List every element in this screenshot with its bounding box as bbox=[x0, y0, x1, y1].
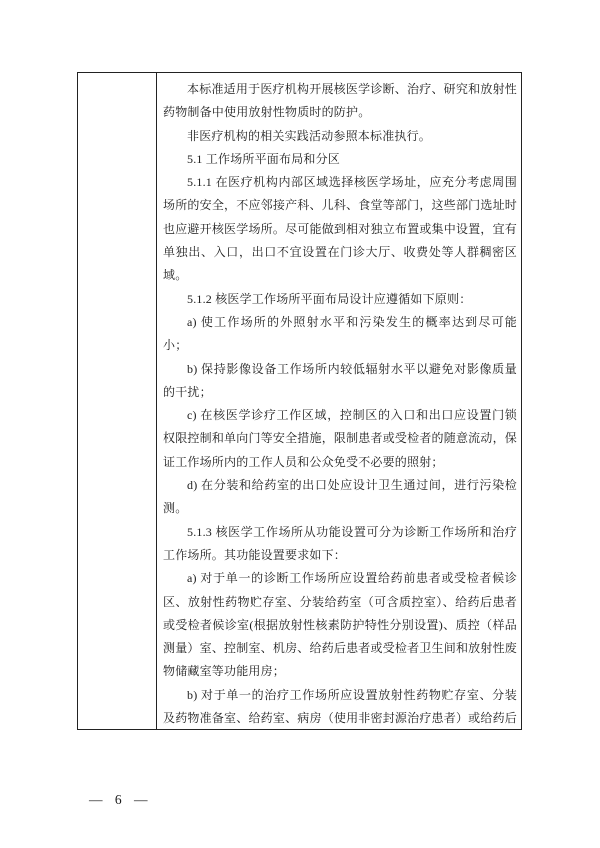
paragraph-scope-application: 本标准适用于医疗机构开展核医学诊断、治疗、研究和放射性药物制备中使用放射性物质时… bbox=[163, 78, 517, 125]
clause-5-1-2-item-b: b) 保持影像设备工作场所内较低辐射水平以避免对影像质量的干扰； bbox=[163, 358, 517, 405]
heading-clause-5-1: 5.1 工作场所平面布局和分区 bbox=[163, 148, 517, 171]
clause-5-1-1: 5.1.1 在医疗机构内部区域选择核医学场址，应充分考虑周围场所的安全，不应邻接… bbox=[163, 171, 517, 287]
table-left-cell bbox=[78, 73, 157, 729]
page-number: — 6 — bbox=[89, 792, 148, 808]
clause-5-1-3: 5.1.3 核医学工作场所从功能设置可分为诊断工作场所和治疗工作场所。其功能设置… bbox=[163, 521, 517, 568]
paragraph-non-medical-institutions: 非医疗机构的相关实践活动参照本标准执行。 bbox=[163, 125, 517, 148]
clause-5-1-2-item-a: a) 使工作场所的外照射水平和污染发生的概率达到尽可能小； bbox=[163, 311, 517, 358]
clause-5-1-2-item-d: d) 在分装和给药室的出口处应设计卫生通过间，进行污染检测。 bbox=[163, 474, 517, 521]
clause-5-1-2: 5.1.2 核医学工作场所平面布局设计应遵循如下原则： bbox=[163, 288, 517, 311]
document-table: 本标准适用于医疗机构开展核医学诊断、治疗、研究和放射性药物制备中使用放射性物质时… bbox=[77, 72, 522, 730]
clause-5-1-2-item-c: c) 在核医学诊疗工作区域，控制区的入口和出口应设置门锁权限控制和单向门等安全措… bbox=[163, 404, 517, 474]
document-page: 本标准适用于医疗机构开展核医学诊断、治疗、研究和放射性药物制备中使用放射性物质时… bbox=[0, 0, 600, 848]
clause-5-1-3-item-b: b) 对于单一的治疗工作场所应设置放射性药物贮存室、分装及药物准备室、给药室、病… bbox=[163, 684, 517, 729]
table-body-cell: 本标准适用于医疗机构开展核医学诊断、治疗、研究和放射性药物制备中使用放射性物质时… bbox=[157, 73, 521, 729]
clause-5-1-3-item-a: a) 对于单一的诊断工作场所应设置给药前患者或受检者候诊区、放射性药物贮存室、分… bbox=[163, 567, 517, 683]
